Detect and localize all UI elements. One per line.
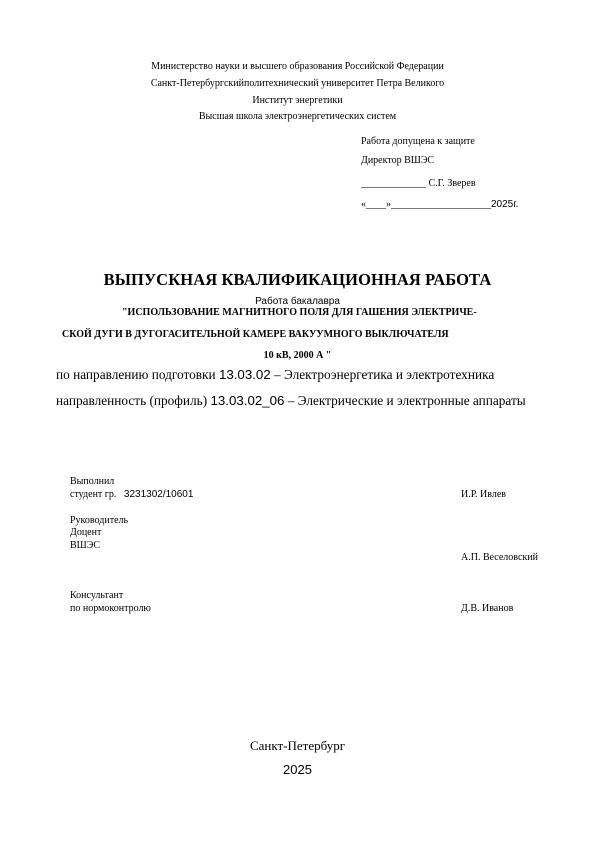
profile-line: направленность (профиль) 13.03.02_06 – Э… [56, 393, 526, 409]
profile-name: – Электрические и электронные аппараты [284, 393, 525, 408]
topic-line-2: СКОЙ ДУГИ В ДУГОГАСИТЕЛЬНОЙ КАМЕРЕ ВАКУУ… [62, 329, 449, 340]
performer-label: Выполнил [70, 476, 114, 488]
document-title: ВЫПУСКНАЯ КВАЛИФИКАЦИОННАЯ РАБОТА [0, 270, 595, 290]
approval-admitted: Работа допущена к защите [361, 135, 475, 148]
approval-position: Директор ВШЭС [361, 154, 434, 167]
consultant-name: Д.В. Иванов [461, 603, 513, 615]
direction-line: по направлению подготовки 13.03.02 – Эле… [56, 367, 494, 383]
direction-name: – Электроэнергетика и электротехника [271, 367, 495, 382]
consultant-role: по нормоконтролю [70, 603, 151, 615]
student-label: студент гр. [70, 489, 116, 500]
approval-date-year: 2025г. [491, 199, 518, 210]
university-line: Санкт-Петербургскийполитехнический униве… [0, 77, 595, 90]
supervisor-title: Доцент [70, 527, 101, 539]
direction-code: 13.03.02 [219, 367, 271, 382]
consultant-label: Консультант [70, 590, 123, 602]
topic-line-1: "ИСПОЛЬЗОВАНИЕ МАГНИТНОГО ПОЛЯ ДЛЯ ГАШЕН… [122, 307, 477, 318]
approval-date-blanks: «____»____________________ [361, 199, 491, 210]
ministry-line: Министерство науки и высшего образования… [0, 60, 595, 73]
institute-line: Институт энергетики [0, 94, 595, 107]
profile-label: направленность (профиль) [56, 393, 211, 408]
supervisor-label: Руководитель [70, 515, 128, 527]
student-group: 3231302/10601 [124, 489, 194, 500]
supervisor-dept: ВШЭС [70, 540, 100, 552]
approval-signature-line: _____________ С.Г. Зверев [361, 177, 476, 190]
student-name: И.Р. Ивлев [461, 489, 506, 501]
work-type: Работа бакалавра [0, 296, 595, 307]
supervisor-name: А.П. Веселовский [461, 552, 538, 564]
school-line: Высшая школа электроэнергетических систе… [0, 110, 595, 123]
approval-date: «____»____________________2025г. [361, 198, 518, 211]
profile-code: 13.03.02_06 [211, 393, 285, 408]
city: Санкт-Петербург [0, 738, 595, 754]
student-group-line: студент гр. 3231302/10601 [70, 489, 193, 501]
year: 2025 [0, 762, 595, 777]
direction-label: по направлению подготовки [56, 367, 219, 382]
topic-line-3: 10 кВ, 2000 А " [0, 350, 595, 361]
